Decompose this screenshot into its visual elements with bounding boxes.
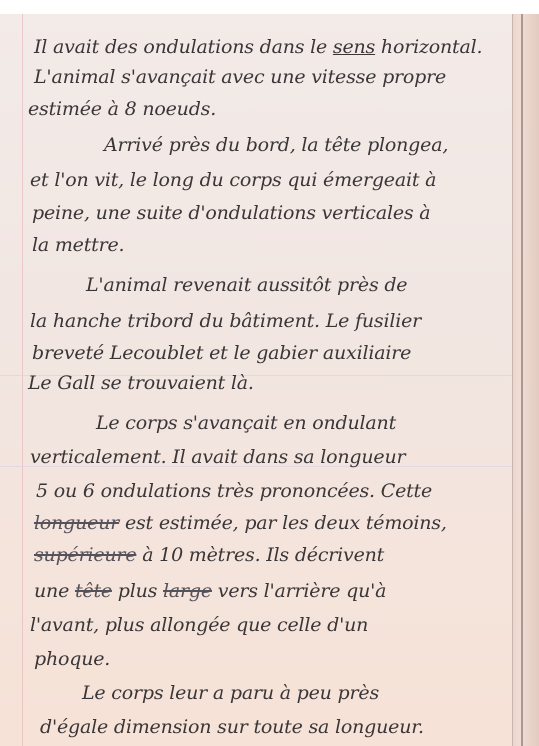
text-line: la hanche tribord du bâtiment. Le fusili… <box>30 306 421 336</box>
page-edge <box>512 14 513 746</box>
text-line: verticalement. Il avait dans sa longueur <box>30 442 405 472</box>
struck-word: large <box>163 580 212 602</box>
text-line: Le corps leur a paru à peu près <box>82 678 379 708</box>
struck-word: tête <box>75 580 112 602</box>
underlined-word: sens <box>333 36 375 58</box>
text-line: Il avait des ondulations dans le sens ho… <box>34 32 482 62</box>
margin-rule <box>22 14 23 746</box>
text-line: estimée à 8 noeuds. <box>28 94 216 124</box>
text-line: Le Gall se trouvaient là. <box>28 368 254 398</box>
struck-word: longueur <box>34 512 119 534</box>
text-line: Le corps s'avançait en ondulant <box>96 408 396 438</box>
text-line: L'animal revenait aussitôt près de <box>86 270 407 300</box>
notebook-spine <box>512 14 539 746</box>
text-line: Arrivé près du bord, la tête plongea, <box>104 130 448 160</box>
text-line: breveté Lecoublet et le gabier auxiliair… <box>32 338 411 368</box>
text-line: l'avant, plus allongée que celle d'un <box>30 610 368 640</box>
binding-edge <box>521 14 523 746</box>
notebook-page: Il avait des ondulations dans le sens ho… <box>0 14 512 746</box>
manuscript-scan: Il avait des ondulations dans le sens ho… <box>0 0 539 746</box>
text-line: longueur est estimée, par les deux témoi… <box>34 508 447 538</box>
text-line: peine, une suite d'ondulations verticale… <box>32 198 430 228</box>
text-line: d'égale dimension sur toute sa longueur. <box>40 712 424 742</box>
text-line: supérieure à 10 mètres. Ils décrivent <box>34 540 384 570</box>
text-line: la mettre. <box>32 230 124 260</box>
text-line: une tête plus large vers l'arrière qu'à <box>34 576 386 606</box>
text-line: phoque. <box>34 644 110 674</box>
text-line: 5 ou 6 ondulations très prononcées. Cett… <box>36 476 432 506</box>
struck-word: supérieure <box>34 544 136 566</box>
text-line: L'animal s'avançait avec une vitesse pro… <box>34 62 446 92</box>
text-line: et l'on vit, le long du corps qui émerge… <box>30 165 436 195</box>
